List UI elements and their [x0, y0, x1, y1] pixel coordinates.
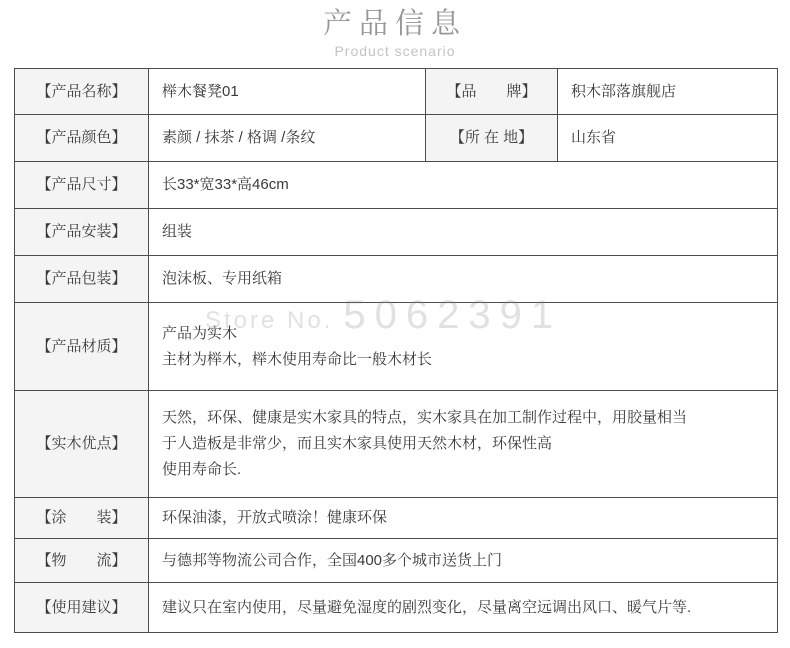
- product-material-value: 产品为实木 主材为榉木，榉木使用寿命比一般木材长: [149, 303, 777, 390]
- logistics-label: 【物 流】: [15, 539, 149, 582]
- product-info-page: { "header": { "title": "产品信息", "subtitle…: [0, 0, 790, 648]
- table-row-color-location: 【产品颜色】 素颜 / 抹茶 / 格调 /条纹 【所 在 地】 山东省: [15, 115, 777, 162]
- product-assembly-value: 组装: [149, 209, 777, 255]
- usage-advice-label: 【使用建议】: [15, 583, 149, 632]
- product-info-table: 【产品名称】 榉木餐凳01 【品 牌】 积木部落旗舰店 【产品颜色】 素颜 / …: [14, 68, 778, 633]
- product-material-label: 【产品材质】: [15, 303, 149, 390]
- brand-value: 积木部落旗舰店: [558, 69, 777, 114]
- product-assembly-label: 【产品安装】: [15, 209, 149, 255]
- page-header: 产品信息 Product scenario: [0, 6, 790, 59]
- table-row-name-brand: 【产品名称】 榉木餐凳01 【品 牌】 积木部落旗舰店: [15, 69, 777, 115]
- table-row-assembly: 【产品安装】 组装: [15, 209, 777, 256]
- solidwood-advantage-value: 天然，环保、健康是实木家具的特点，实木家具在加工制作过程中，用胶量相当 于人造板…: [149, 391, 777, 497]
- table-row-size: 【产品尺寸】 长33*宽33*高46cm: [15, 162, 777, 209]
- page-title: 产品信息: [0, 6, 790, 42]
- product-color-label: 【产品颜色】: [15, 115, 149, 161]
- product-color-value: 素颜 / 抹茶 / 格调 /条纹: [149, 115, 426, 161]
- table-row-solidwood-advantage: 【实木优点】 天然，环保、健康是实木家具的特点，实木家具在加工制作过程中，用胶量…: [15, 391, 777, 498]
- product-name-value: 榉木餐凳01: [149, 69, 426, 114]
- table-row-coating: 【涂 装】 环保油漆，开放式喷涂！健康环保: [15, 498, 777, 539]
- product-packaging-label: 【产品包装】: [15, 256, 149, 302]
- product-packaging-value: 泡沫板、专用纸箱: [149, 256, 777, 302]
- product-size-label: 【产品尺寸】: [15, 162, 149, 208]
- usage-advice-value: 建议只在室内使用，尽量避免湿度的剧烈变化，尽量离空远调出风口、暖气片等.: [149, 583, 777, 632]
- table-row-material: 【产品材质】 产品为实木 主材为榉木，榉木使用寿命比一般木材长: [15, 303, 777, 391]
- brand-label: 【品 牌】: [426, 69, 558, 114]
- location-label: 【所 在 地】: [426, 115, 558, 161]
- table-row-packaging: 【产品包装】 泡沫板、专用纸箱: [15, 256, 777, 303]
- table-row-logistics: 【物 流】 与德邦等物流公司合作，全国400多个城市送货上门: [15, 539, 777, 583]
- solidwood-advantage-label: 【实木优点】: [15, 391, 149, 497]
- product-name-label: 【产品名称】: [15, 69, 149, 114]
- logistics-value: 与德邦等物流公司合作，全国400多个城市送货上门: [149, 539, 777, 582]
- location-value: 山东省: [558, 115, 777, 161]
- coating-label: 【涂 装】: [15, 498, 149, 538]
- coating-value: 环保油漆，开放式喷涂！健康环保: [149, 498, 777, 538]
- table-row-usage-advice: 【使用建议】 建议只在室内使用，尽量避免湿度的剧烈变化，尽量离空远调出风口、暖气…: [15, 583, 777, 632]
- page-subtitle: Product scenario: [0, 43, 790, 59]
- product-size-value: 长33*宽33*高46cm: [149, 162, 777, 208]
